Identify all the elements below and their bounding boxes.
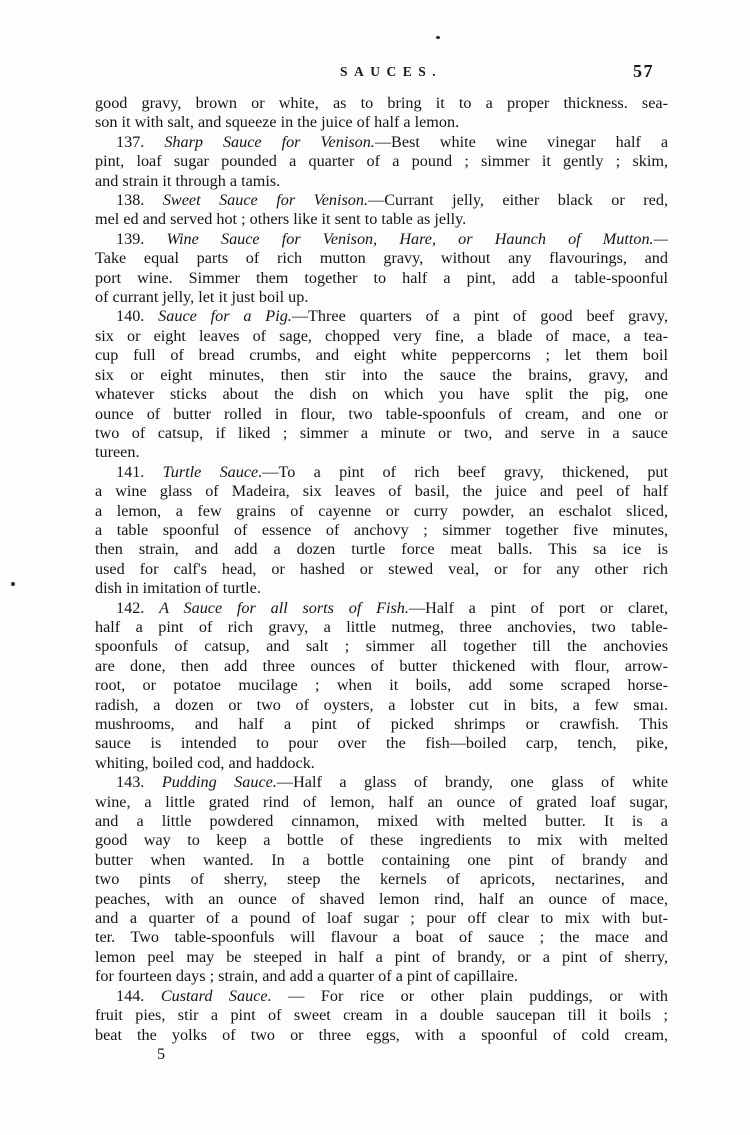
text-line: Take equal parts of rich mutton gravy, w… [95,249,668,268]
text-line: six or eight leaves of sage, chopped ver… [95,327,668,346]
text-line: radish, a dozen or two of oysters, a lob… [95,696,668,715]
ink-speck [11,582,15,586]
recipe-title: Wine Sauce for Venison, Hare, or Haunch … [166,230,668,248]
text-line: 137. Sharp Sauce for Venison.—Best white… [95,133,668,152]
text-line: a lemon, a few grains of cayenne or curr… [95,502,668,521]
text-line: pint, loaf sugar pounded a quarter of a … [95,152,668,171]
text-line: then strain, and add a dozen turtle forc… [95,540,668,559]
text-line: peaches, with an ounce of shaved lemon r… [95,890,668,909]
text-line: whiting, boiled cod, and haddock. [95,754,668,773]
recipe-number: 140. [116,307,158,325]
recipe-title: A Sauce for all sorts of Fish. [159,599,409,617]
text-line: 140. Sauce for a Pig.—Three quarters of … [95,307,668,326]
text-line: 139. Wine Sauce for Venison, Hare, or Ha… [95,230,668,249]
text-line: ter. Two table-spoonfuls will flavour a … [95,928,668,947]
text-line: spoonfuls of catsup, and salt ; simmer a… [95,637,668,656]
ink-speck [436,36,440,39]
recipe-number: 139. [116,230,166,248]
recipe-title: Sauce for a Pig. [158,307,292,325]
recipe-number: 143. [116,773,162,791]
page-number: 57 [633,61,654,82]
recipe-number: 137. [116,133,164,151]
recipe-lead: —Currant jelly, either black or red, [368,191,668,209]
recipe-number: 142. [116,599,159,617]
text-line: are done, then add three ounces of butte… [95,657,668,676]
text-line: butter when wanted. In a bottle containi… [95,851,668,870]
recipe-lead: — For rice or other plain puddings, or w… [288,987,668,1005]
recipe-number: 141. [116,463,163,481]
recipe-lead: —Half a pint of port or claret, [409,599,668,617]
text-line: whatever sticks about the dish on which … [95,385,668,404]
text-line: good way to keep a bottle of these ingre… [95,831,668,850]
text-line: two of catsup, if liked ; simmer a minut… [95,424,668,443]
recipe-number: 144. [116,987,161,1005]
book-page: SAUCES. 57 good gravy, brown or white, a… [0,0,750,1135]
text-line: fruit pies, stir a pint of sweet cream i… [95,1006,668,1025]
recipe-title: Pudding Sauce. [162,773,277,791]
recipe-number: 138. [116,191,163,209]
text-line: a table spoonful of essence of anchovy ;… [95,521,668,540]
recipe-title: Custard Sauce. [161,987,288,1005]
text-line: port wine. Simmer them together to half … [95,269,668,288]
text-line: used for calf's head, or hashed or stewe… [95,560,668,579]
text-line: cup full of bread crumbs, and eight whit… [95,346,668,365]
recipe-title: Sharp Sauce for Venison. [164,133,375,151]
text-line: six or eight minutes, then stir into the… [95,366,668,385]
text-line: good gravy, brown or white, as to bring … [95,94,668,113]
text-line: 143. Pudding Sauce.—Half a glass of bran… [95,773,668,792]
text-line: a wine glass of Madeira, six leaves of b… [95,482,668,501]
recipe-title: Turtle Sauce. [163,463,263,481]
text-line: beat the yolks of two or three eggs, wit… [95,1026,668,1045]
recipe-lead: —Half a glass of brandy, one glass of wh… [277,773,668,791]
text-line: tureen. [95,443,668,462]
text-line: half a pint of rich gravy, a little nutm… [95,618,668,637]
text-line: 142. A Sauce for all sorts of Fish.—Half… [95,599,668,618]
text-line: for fourteen days ; strain, and add a qu… [95,967,668,986]
text-line: mel ed and served hot ; others like it s… [95,210,668,229]
text-line: ounce of butter rolled in flour, two tab… [95,405,668,424]
text-line: 144. Custard Sauce. — For rice or other … [95,987,668,1006]
text-line: and a quarter of a pound of loaf sugar ;… [95,909,668,928]
text-line: dish in imitation of turtle. [95,579,668,598]
text-line: and strain it through a tamis. [95,172,668,191]
text-line: mushrooms, and half a pint of picked shr… [95,715,668,734]
text-line: son it with salt, and squeeze in the jui… [95,113,668,132]
text-line: 138. Sweet Sauce for Venison.—Currant je… [95,191,668,210]
text-line: and a little powdered cinnamon, mixed wi… [95,812,668,831]
text-line: lemon peel may be steeped in half a pint… [95,948,668,967]
recipe-lead: —Best white wine vinegar half a [375,133,668,151]
running-head-title: SAUCES. [340,64,442,80]
text-line: two pints of sherry, steep the kernels o… [95,870,668,889]
text-line: sauce is intended to pour over the fish—… [95,734,668,753]
text-line: wine, a little grated rind of lemon, hal… [95,793,668,812]
text-line: of currant jelly, let it just boil up. [95,288,668,307]
text-column: good gravy, brown or white, as to bring … [95,94,668,1065]
text-line: root, or potatoe mucilage ; when it boil… [95,676,668,695]
recipe-lead: —To a pint of rich beef gravy, thickened… [262,463,668,481]
text-line: 141. Turtle Sauce.—To a pint of rich bee… [95,463,668,482]
recipe-title: Sweet Sauce for Venison. [163,191,368,209]
recipe-lead: —Three quarters of a pint of good beef g… [292,307,668,325]
signature-mark: 5 [95,1045,668,1065]
